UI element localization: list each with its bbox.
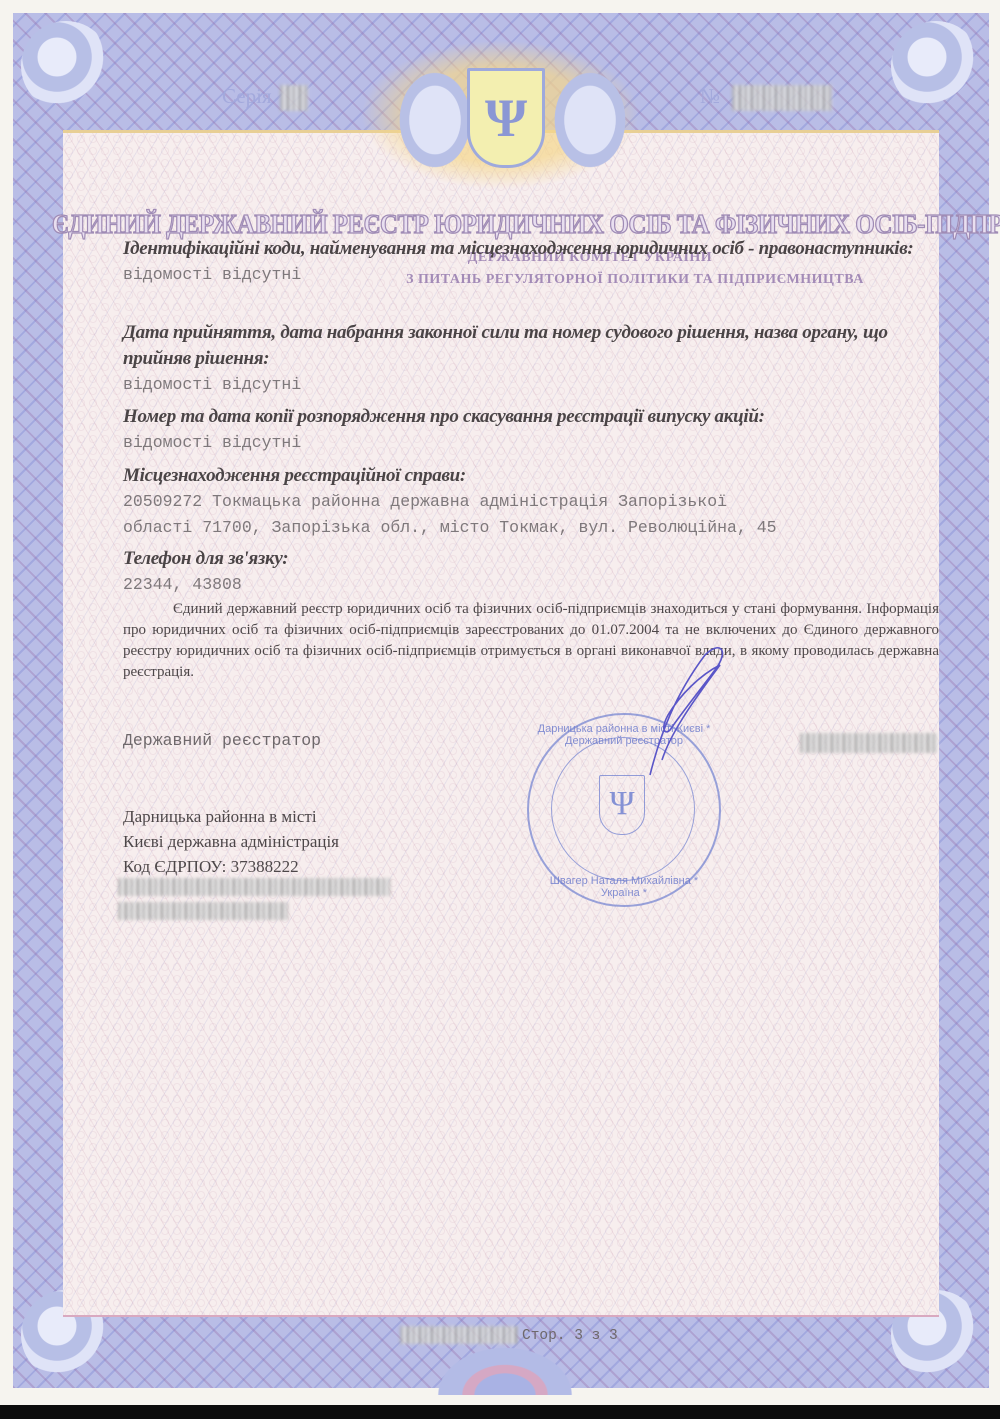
field-value: відомості відсутні: [123, 262, 943, 288]
field-successors: Ідентифікаційні коди, найменування та мі…: [123, 236, 943, 288]
field-label: Телефон для зв'язку:: [123, 546, 943, 572]
number-field: №: [700, 84, 832, 111]
field-value: відомості відсутні: [123, 372, 943, 398]
field-case-location: Місцезнаходження реєстраційної справи: 2…: [123, 463, 943, 541]
page-footer: Стор. 3 з 3: [400, 1326, 618, 1344]
footer-rosette: [420, 1335, 590, 1395]
number-label: №: [700, 84, 720, 108]
registrar-label: Державний реєстратор: [123, 731, 321, 750]
redacted-footer-code: [400, 1326, 518, 1344]
org-line-2: Києві державна адміністрація: [123, 829, 339, 854]
field-phone: Телефон для зв'язку: 22344, 43808: [123, 546, 943, 598]
registry-notice: Єдиний державний реєстр юридичних осіб т…: [123, 599, 939, 683]
signature: [620, 635, 740, 785]
field-label: Місцезнаходження реєстраційної справи:: [123, 463, 943, 489]
org-edrpou: Код ЄДРПОУ: 37388222: [123, 854, 339, 879]
field-label: Ідентифікаційні коди, найменування та мі…: [123, 236, 943, 262]
redacted-org-line: [118, 902, 288, 920]
organization-block: Дарницька районна в місті Києві державна…: [123, 804, 339, 879]
series-field: Серія: [222, 84, 308, 111]
corner-ornament: [21, 21, 111, 111]
field-value: 20509272 Токмацька районна державна адмі…: [123, 489, 943, 541]
corner-ornament: [891, 21, 981, 111]
series-label: Серія: [222, 84, 272, 108]
acanthus-ornament-right: [545, 60, 635, 180]
guilloche-field: [63, 130, 939, 1317]
org-line-1: Дарницька районна в місті: [123, 804, 339, 829]
field-label: Дата прийняття, дата набрання законної с…: [123, 320, 943, 372]
page-number: Стор. 3 з 3: [522, 1328, 618, 1344]
field-label: Номер та дата копії розпорядження про ск…: [123, 404, 943, 430]
field-value: 22344, 43808: [123, 572, 943, 598]
field-value: відомості відсутні: [123, 430, 943, 456]
redacted-org-line: [118, 878, 390, 896]
scan-edge: [0, 1405, 1000, 1419]
trident-coat-of-arms-icon: Ψ: [467, 68, 545, 168]
redacted-series: [280, 85, 308, 111]
redacted-registrar-name: [800, 733, 938, 753]
redacted-number: [732, 85, 832, 111]
stamp-bottom-text: Швагер Наталя Михайлівна * Україна *: [529, 875, 719, 899]
field-court-decision: Дата прийняття, дата набрання законної с…: [123, 320, 943, 398]
field-share-cancellation: Номер та дата копії розпорядження про ск…: [123, 404, 943, 456]
